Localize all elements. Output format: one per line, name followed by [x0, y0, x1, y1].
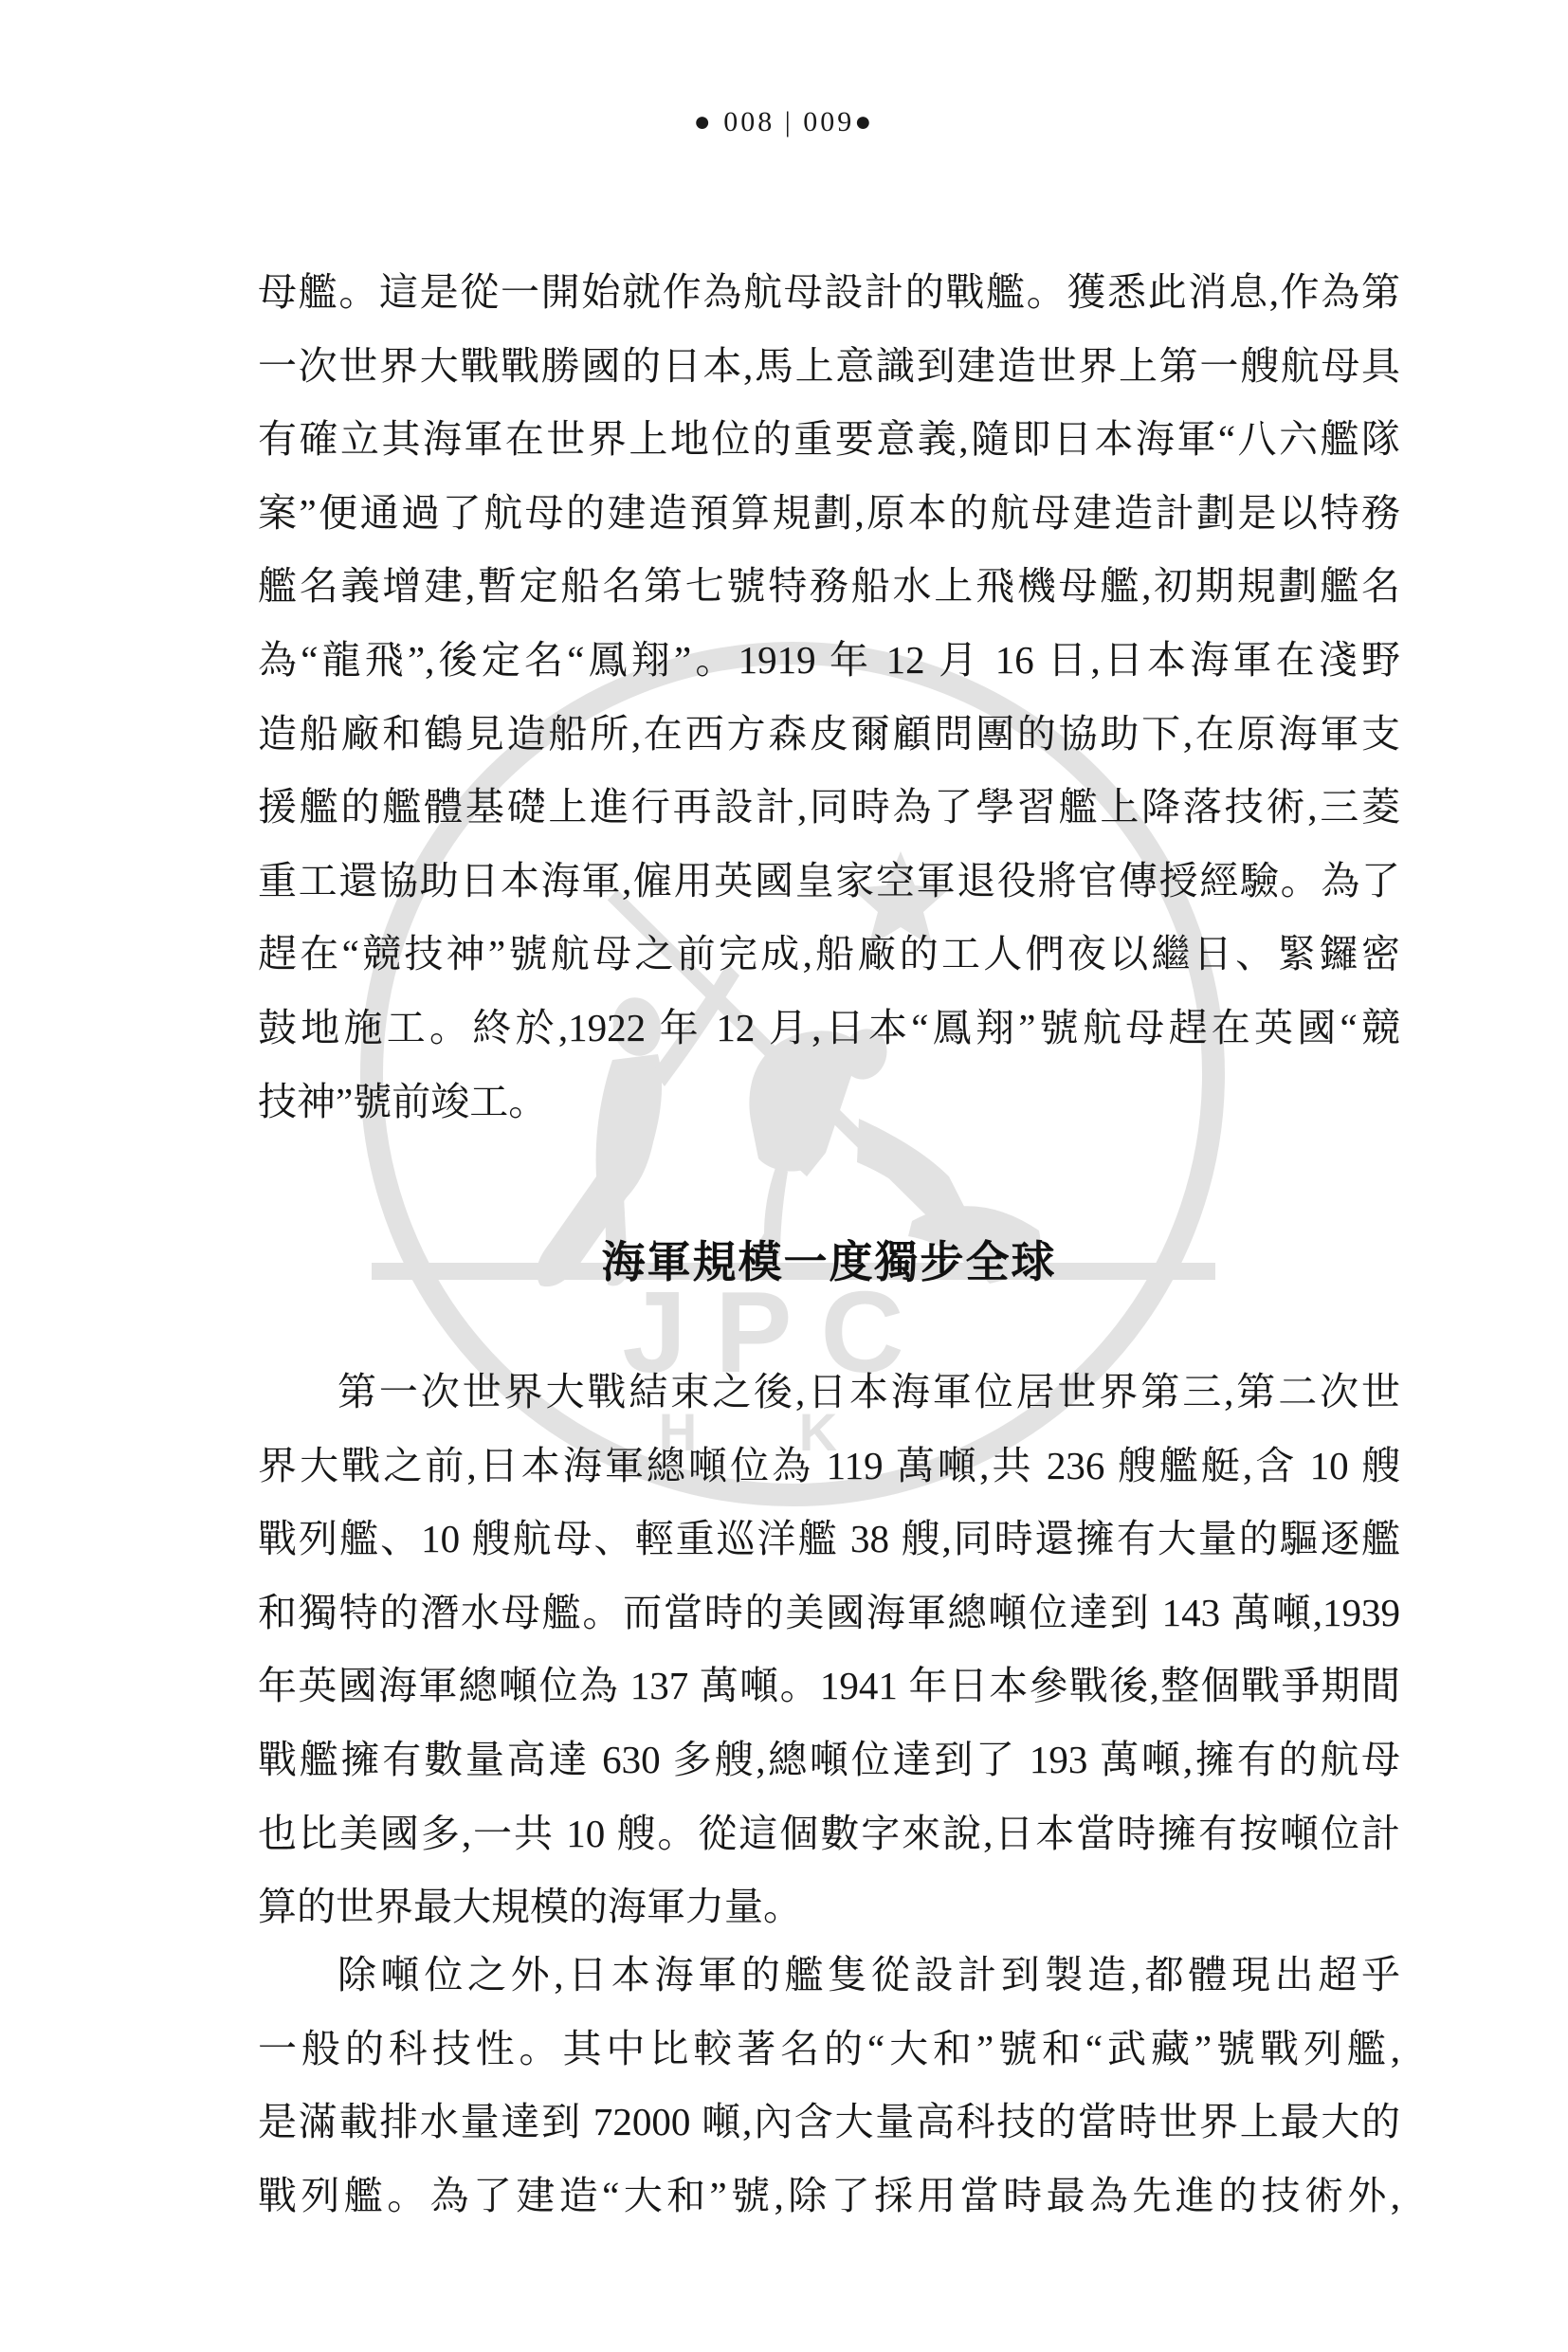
paragraph-2: 第一次世界大戰結束之後,日本海軍位居世界第三,第二次世界大戰之前,日本海軍總噸位… — [258, 1356, 1400, 1944]
text-line: 是滿載排水量達到 72000 噸,內含大量高科技的當時世界上最大的 — [258, 2086, 1400, 2160]
text-line: 除噸位之外,日本海軍的艦隻從設計到製造,都體現出超乎 — [258, 1939, 1400, 2013]
page-header: ● 008 | 009● — [0, 106, 1568, 138]
text-line: 援艦的艦體基礎上進行再設計,同時為了學習艦上降落技術,三菱 — [258, 771, 1400, 845]
text-line: 第一次世界大戰結束之後,日本海軍位居世界第三,第二次世 — [258, 1356, 1400, 1430]
text-line: 戰列艦。為了建造“大和”號,除了採用當時最為先進的技術外, — [258, 2160, 1400, 2233]
text-line: 一般的科技性。其中比較著名的“大和”號和“武藏”號戰列艦, — [258, 2013, 1400, 2087]
text-line: 界大戰之前,日本海軍總噸位為 119 萬噸,共 236 艘艦艇,含 10 艘 — [258, 1430, 1400, 1504]
book-page: JPC H K ● 008 | 009● 母艦。這是從一開始就作為航母設計的戰艦… — [0, 0, 1568, 2352]
text-line: 艦名義增建,暫定船名第七號特務船水上飛機母艦,初期規劃艦名 — [258, 550, 1400, 624]
text-line: 戰列艦、10 艘航母、輕重巡洋艦 38 艘,同時還擁有大量的驅逐艦 — [258, 1503, 1400, 1577]
text-line: 也比美國多,一共 10 艘。從這個數字來說,日本當時擁有按噸位計 — [258, 1797, 1400, 1871]
text-line: 重工還協助日本海軍,僱用英國皇家空軍退役將官傳授經驗。為了 — [258, 845, 1400, 919]
text-line: 有確立其海軍在世界上地位的重要意義,隨即日本海軍“八六艦隊 — [258, 403, 1400, 477]
page-numbers: ● 008 | 009● — [694, 106, 875, 137]
paragraph-1: 母艦。這是從一開始就作為航母設計的戰艦。獲悉此消息,作為第一次世界大戰戰勝國的日… — [258, 256, 1400, 1139]
section-heading: 海軍規模一度獨步全球 — [258, 1213, 1400, 1312]
text-line: 和獨特的潛水母艦。而當時的美國海軍總噸位達到 143 萬噸,1939 — [258, 1577, 1400, 1650]
paragraph-3: 除噸位之外,日本海軍的艦隻從設計到製造,都體現出超乎一般的科技性。其中比較著名的… — [258, 1939, 1400, 2233]
text-line: 趕在“競技神”號航母之前完成,船廠的工人們夜以繼日、緊鑼密 — [258, 918, 1400, 992]
text-line: 年英國海軍總噸位為 137 萬噸。1941 年日本參戰後,整個戰爭期間 — [258, 1650, 1400, 1723]
text-line: 算的世界最大規模的海軍力量。 — [258, 1870, 1400, 1944]
text-line: 案”便通過了航母的建造預算規劃,原本的航母建造計劃是以特務 — [258, 477, 1400, 551]
text-line: 戰艦擁有數量高達 630 多艘,總噸位達到了 193 萬噸,擁有的航母 — [258, 1723, 1400, 1797]
text-line: 母艦。這是從一開始就作為航母設計的戰艦。獲悉此消息,作為第 — [258, 256, 1400, 330]
page-content: ● 008 | 009● 母艦。這是從一開始就作為航母設計的戰艦。獲悉此消息,作… — [0, 0, 1568, 2352]
text-line: 為“龍飛”,後定名“鳳翔”。1919 年 12 月 16 日,日本海軍在淺野 — [258, 624, 1400, 698]
text-line: 一次世界大戰戰勝國的日本,馬上意識到建造世界上第一艘航母具 — [258, 330, 1400, 404]
text-line: 技神”號前竣工。 — [258, 1066, 1400, 1140]
text-line: 鼓地施工。終於,1922 年 12 月,日本“鳳翔”號航母趕在英國“競 — [258, 992, 1400, 1066]
text-line: 造船廠和鶴見造船所,在西方森皮爾顧問團的協助下,在原海軍支 — [258, 698, 1400, 772]
